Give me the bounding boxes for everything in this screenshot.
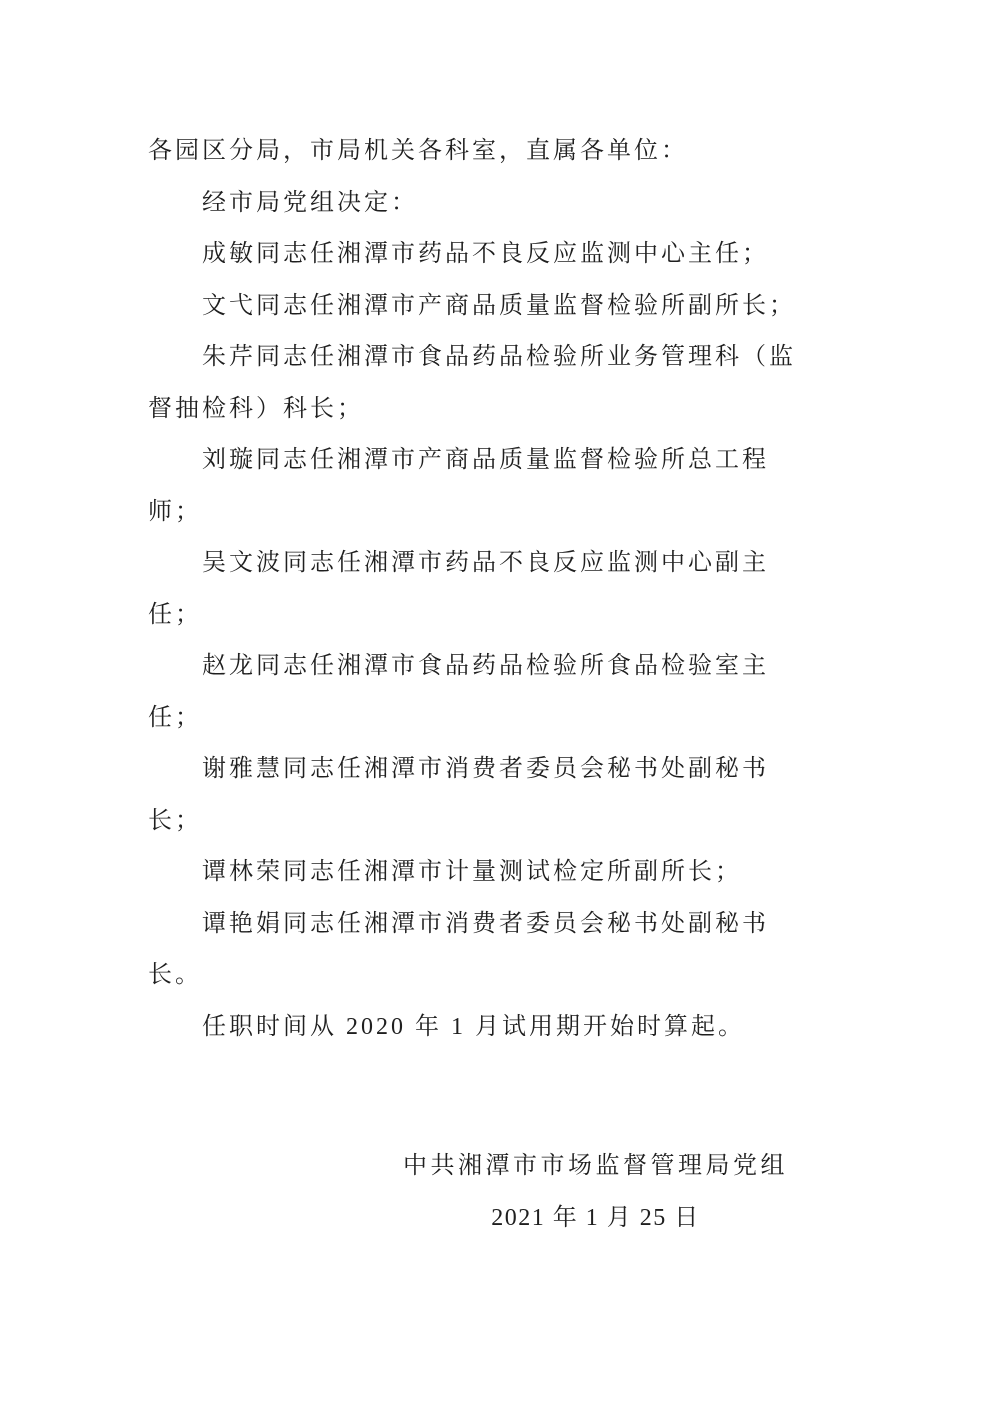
- body-line: 赵龙同志任湘潭市食品药品检验所食品检验室主: [148, 641, 788, 693]
- body-line: 长；: [148, 796, 788, 848]
- body-line: 任；: [148, 693, 788, 745]
- body-line: 成敏同志任湘潭市药品不良反应监测中心主任；: [148, 229, 788, 281]
- body-line: 任；: [148, 590, 788, 642]
- document-page: 各园区分局，市局机关各科室，直属各单位： 经市局党组决定： 成敏同志任湘潭市药品…: [0, 0, 992, 1403]
- body-line: 谢雅慧同志任湘潭市消费者委员会秘书处副秘书: [148, 744, 788, 796]
- body-line: 谭艳娟同志任湘潭市消费者委员会秘书处副秘书: [148, 899, 788, 951]
- signature-org: 中共湘潭市市场监督管理局党组: [403, 1141, 788, 1193]
- signature-inner: 中共湘潭市市场监督管理局党组 2021 年 1 月 25 日: [403, 1141, 788, 1244]
- body-line: 吴文波同志任湘潭市药品不良反应监测中心副主: [148, 538, 788, 590]
- body-line: 谭林荣同志任湘潭市计量测试检定所副所长；: [148, 847, 788, 899]
- signature-date: 2021 年 1 月 25 日: [403, 1193, 788, 1245]
- body-line: 经市局党组决定：: [148, 178, 788, 230]
- document-body: 各园区分局，市局机关各科室，直属各单位： 经市局党组决定： 成敏同志任湘潭市药品…: [148, 126, 788, 1244]
- body-line: 刘璇同志任湘潭市产商品质量监督检验所总工程: [148, 435, 788, 487]
- body-line: 长。: [148, 950, 788, 1002]
- signature-block: 中共湘潭市市场监督管理局党组 2021 年 1 月 25 日: [148, 1141, 788, 1244]
- body-line: 文弋同志任湘潭市产商品质量监督检验所副所长；: [148, 281, 788, 333]
- body-line: 督抽检科）科长；: [148, 384, 788, 436]
- body-line: 各园区分局，市局机关各科室，直属各单位：: [148, 126, 788, 178]
- body-line: 朱芹同志任湘潭市食品药品检验所业务管理科（监: [148, 332, 788, 384]
- body-line: 师；: [148, 487, 788, 539]
- body-line: 任职时间从 2020 年 1 月试用期开始时算起。: [148, 1002, 788, 1054]
